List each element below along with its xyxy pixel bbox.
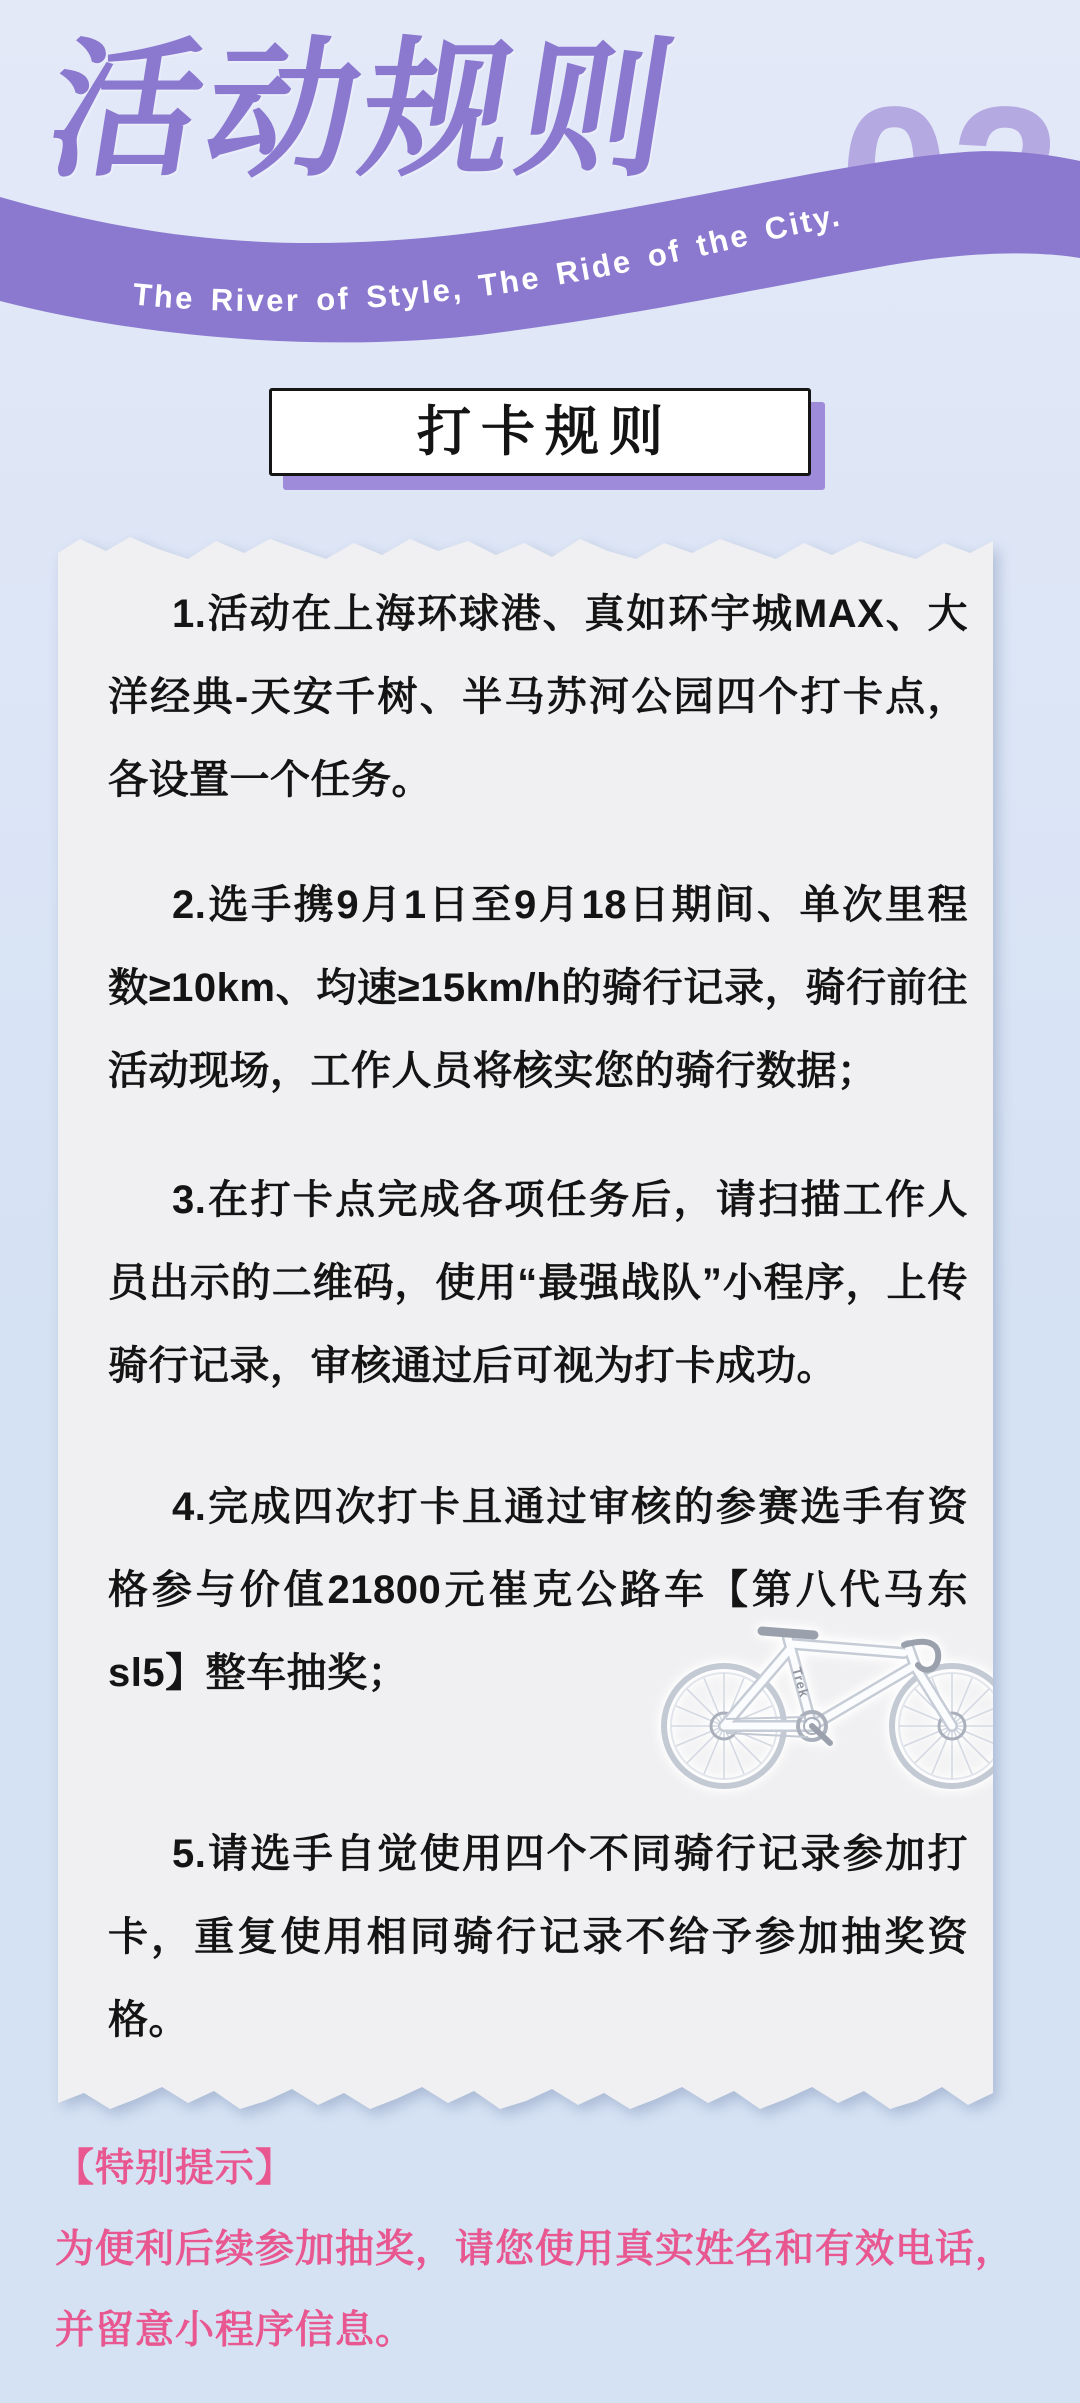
rules-card-wrapper: 1.活动在上海环球港、真如环宇城MAX、大洋经典-天安千树、半马苏河公园四个打卡… (58, 533, 993, 2111)
special-notice: 【特别提示】 为便利后续参加抽奖，请您使用真实姓名和有效电话， 并留意小程序信息… (55, 2128, 1015, 2371)
section-title-box: 打卡规则 (269, 388, 811, 476)
page-title: 活动规则 (39, 28, 689, 193)
rule-item-1: 1.活动在上海环球港、真如环宇城MAX、大洋经典-天安千树、半马苏河公园四个打卡… (108, 573, 968, 822)
saddle (762, 1631, 814, 1635)
rule-item-2: 2.选手携9月1日至9月18日期间、单次里程数≥10km、均速≥15km/h的骑… (108, 864, 968, 1113)
rules-list: 1.活动在上海环球港、真如环宇城MAX、大洋经典-天安千树、半马苏河公园四个打卡… (108, 573, 968, 2062)
notice-heading: 【特别提示】 (55, 2128, 1015, 2209)
section-title: 打卡规则 (407, 405, 673, 459)
rule-item-5: 5.请选手自觉使用四个不同骑行记录参加打卡，重复使用相同骑行记录不给予参加抽奖资… (108, 1813, 968, 2062)
road-bike-image: Trek (646, 1591, 1036, 1796)
bike-logo: Trek (789, 1666, 812, 1700)
rules-card: 1.活动在上海环球港、真如环宇城MAX、大洋经典-天安千树、半马苏河公园四个打卡… (58, 533, 993, 2111)
notice-line-1: 为便利后续参加抽奖，请您使用真实姓名和有效电话， (55, 2209, 1015, 2290)
rule-item-3: 3.在打卡点完成各项任务后，请扫描工作人员出示的二维码，使用“最强战队”小程序，… (108, 1159, 968, 1408)
notice-line-2: 并留意小程序信息。 (55, 2290, 1015, 2371)
